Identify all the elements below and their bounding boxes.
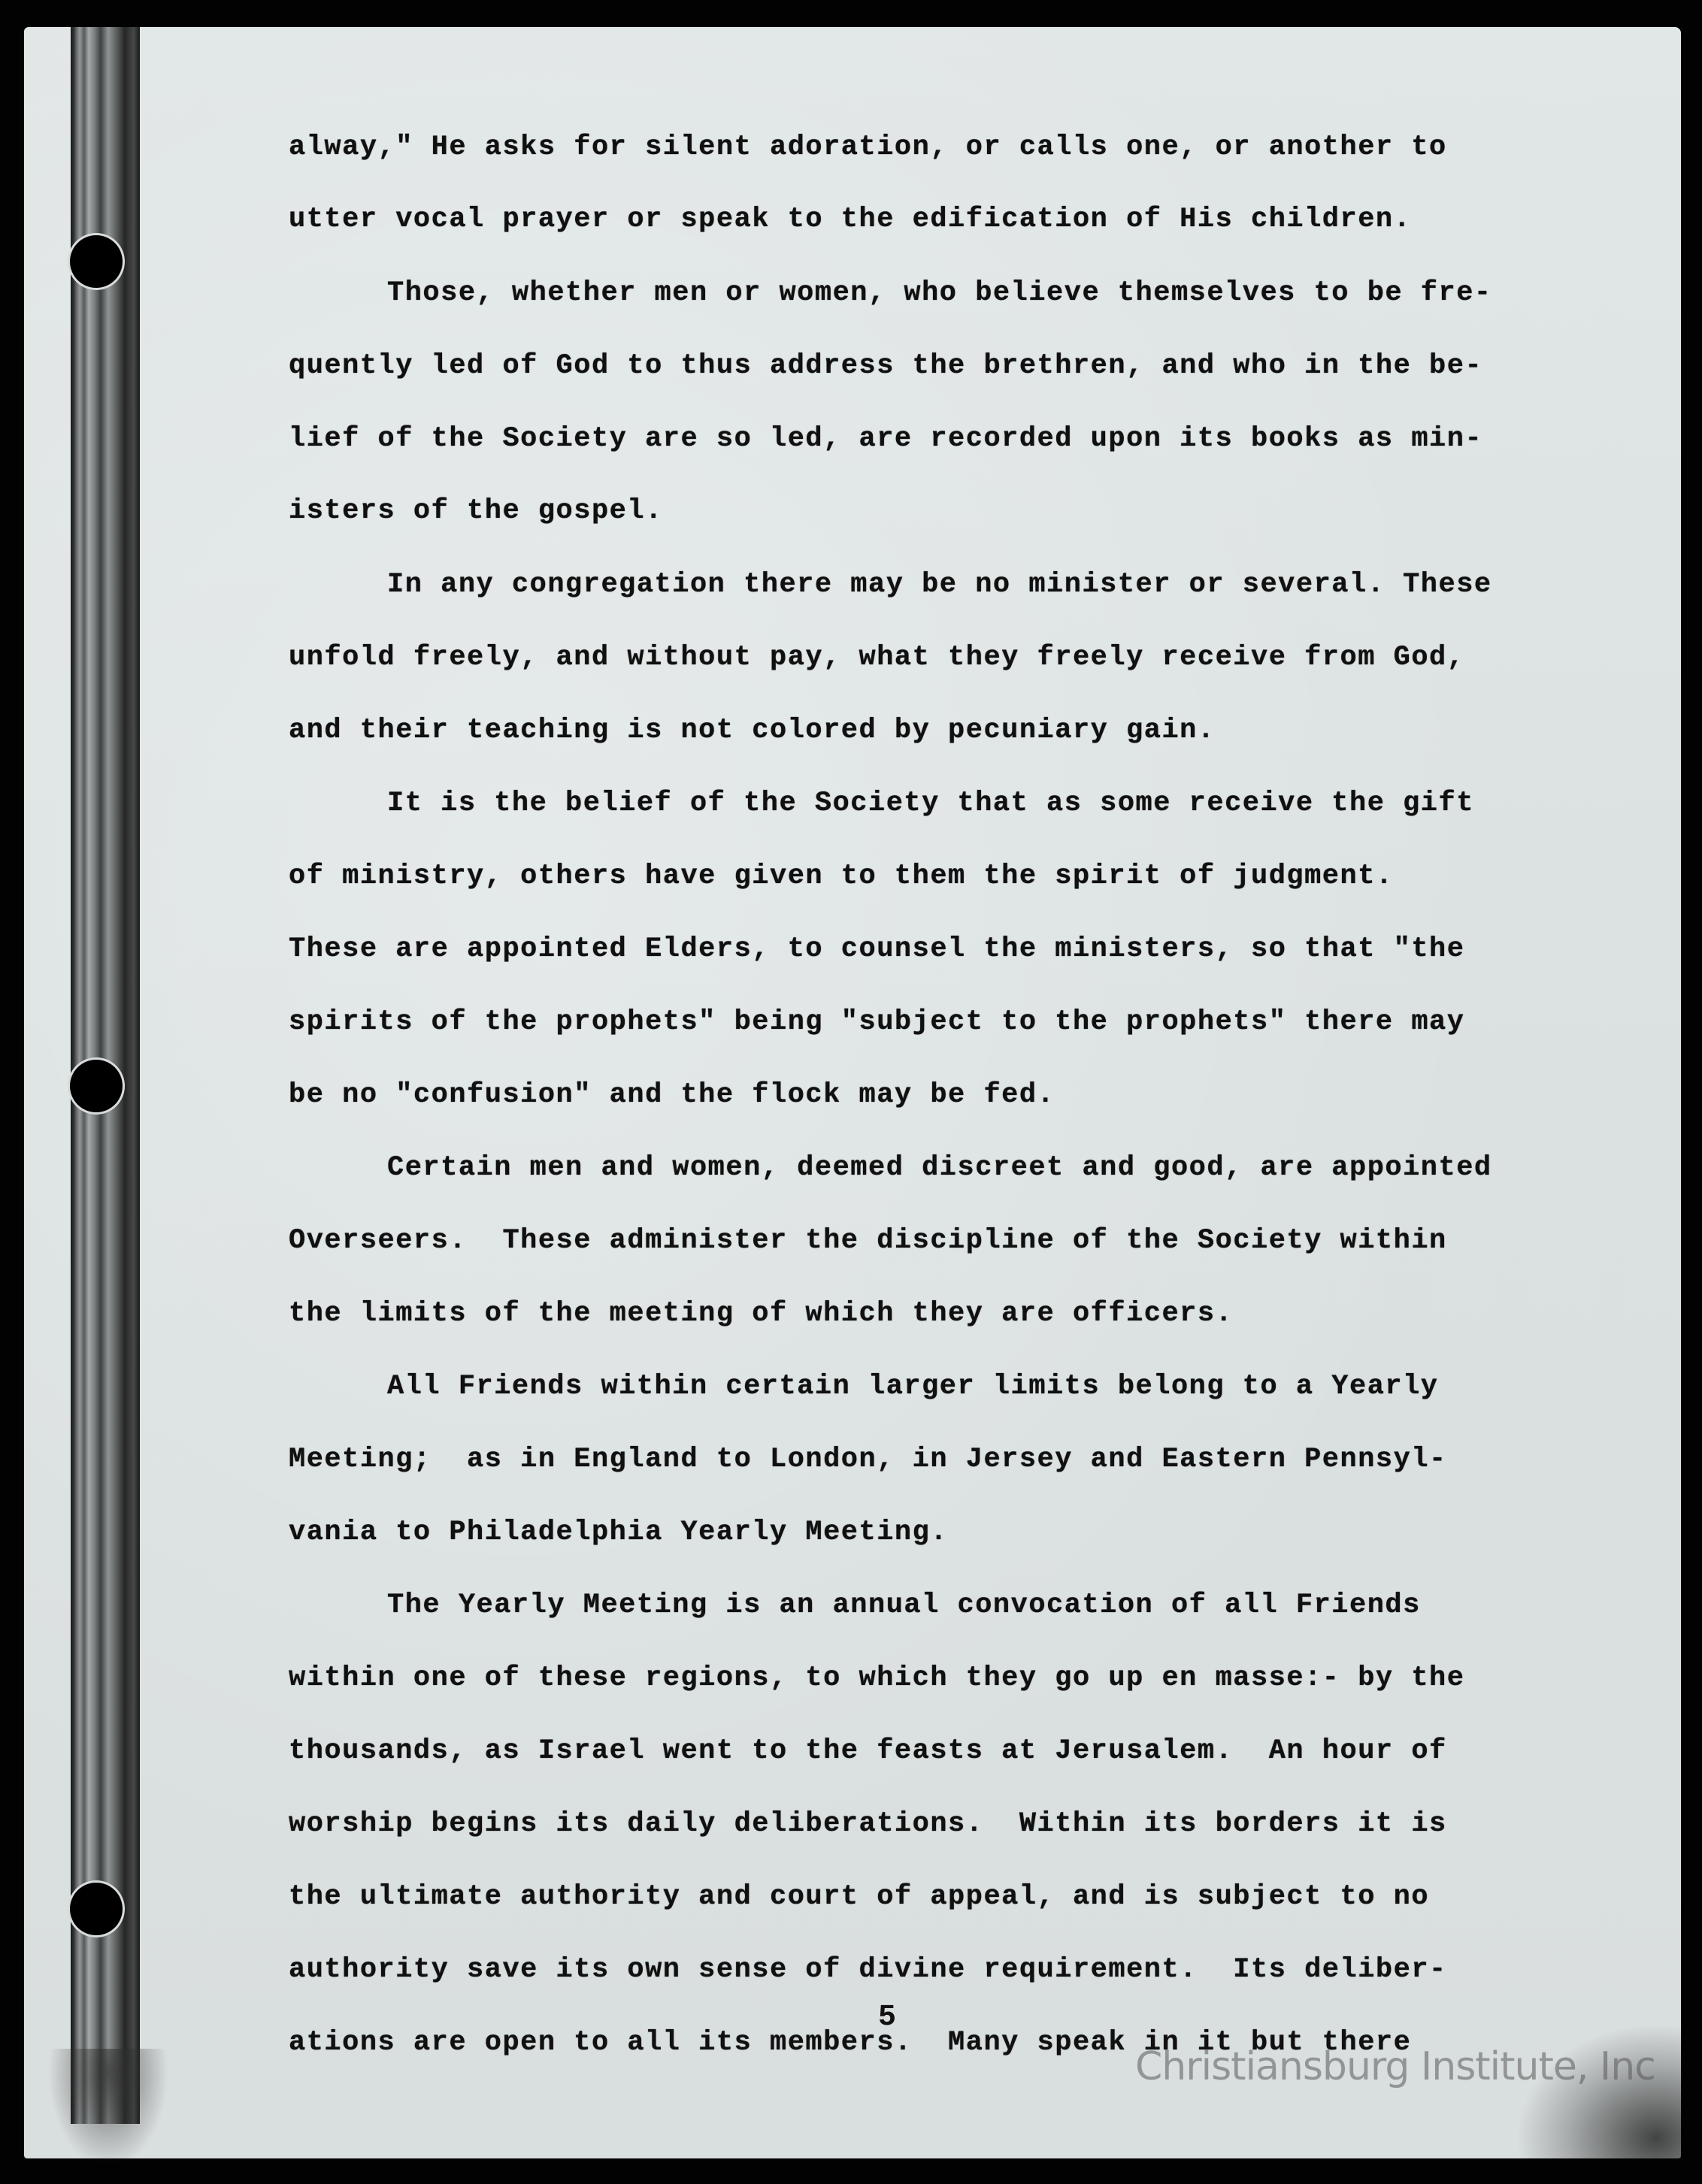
text-line: the ultimate authority and court of appe… (289, 1882, 1429, 1912)
text-line: utter vocal prayer or speak to the edifi… (289, 204, 1411, 234)
text-line: spirits of the prophets" being "subject … (289, 1007, 1464, 1037)
text-line: unfold freely, and without pay, what the… (289, 643, 1464, 673)
text-line: These are appointed Elders, to counsel t… (289, 934, 1464, 964)
text-line: thousands, as Israel went to the feasts … (289, 1736, 1447, 1766)
text-line: In any congregation there may be no mini… (387, 570, 1492, 600)
text-line: lief of the Society are so led, are reco… (289, 424, 1482, 454)
corner-smudge (1516, 2023, 1681, 2158)
text-line: quently led of God to thus address the b… (289, 351, 1482, 381)
text-line: be no "confusion" and the flock may be f… (289, 1080, 1055, 1110)
text-line: within one of these regions, to which th… (289, 1663, 1464, 1693)
text-line: alway," He asks for silent adoration, or… (289, 132, 1447, 162)
punch-hole-top (70, 235, 123, 288)
text-line: Those, whether men or women, who believe… (387, 278, 1492, 308)
punch-hole-middle (70, 1060, 123, 1112)
text-line: worship begins its daily deliberations. … (289, 1809, 1447, 1839)
text-line: authority save its own sense of divine r… (289, 1955, 1447, 1985)
text-line: and their teaching is not colored by pec… (289, 715, 1216, 746)
text-line: vania to Philadelphia Yearly Meeting. (289, 1517, 948, 1547)
text-line: Certain men and women, deemed discreet a… (387, 1153, 1492, 1183)
page-number: 5 (878, 2001, 896, 2034)
text-line: Overseers. These administer the discipli… (289, 1226, 1447, 1256)
watermark: Christiansburg Institute, Inc (1135, 2044, 1655, 2089)
text-line: Meeting; as in England to London, in Jer… (289, 1444, 1447, 1475)
text-line: The Yearly Meeting is an annual convocat… (387, 1590, 1421, 1620)
text-line: It is the belief of the Society that as … (387, 788, 1474, 818)
text-line: isters of the gospel. (289, 496, 663, 526)
punch-hole-bottom (70, 1883, 123, 1935)
text-line: of ministry, others have given to them t… (289, 861, 1394, 891)
text-line: All Friends within certain larger limits… (387, 1372, 1439, 1402)
text-line: the limits of the meeting of which they … (289, 1299, 1233, 1329)
